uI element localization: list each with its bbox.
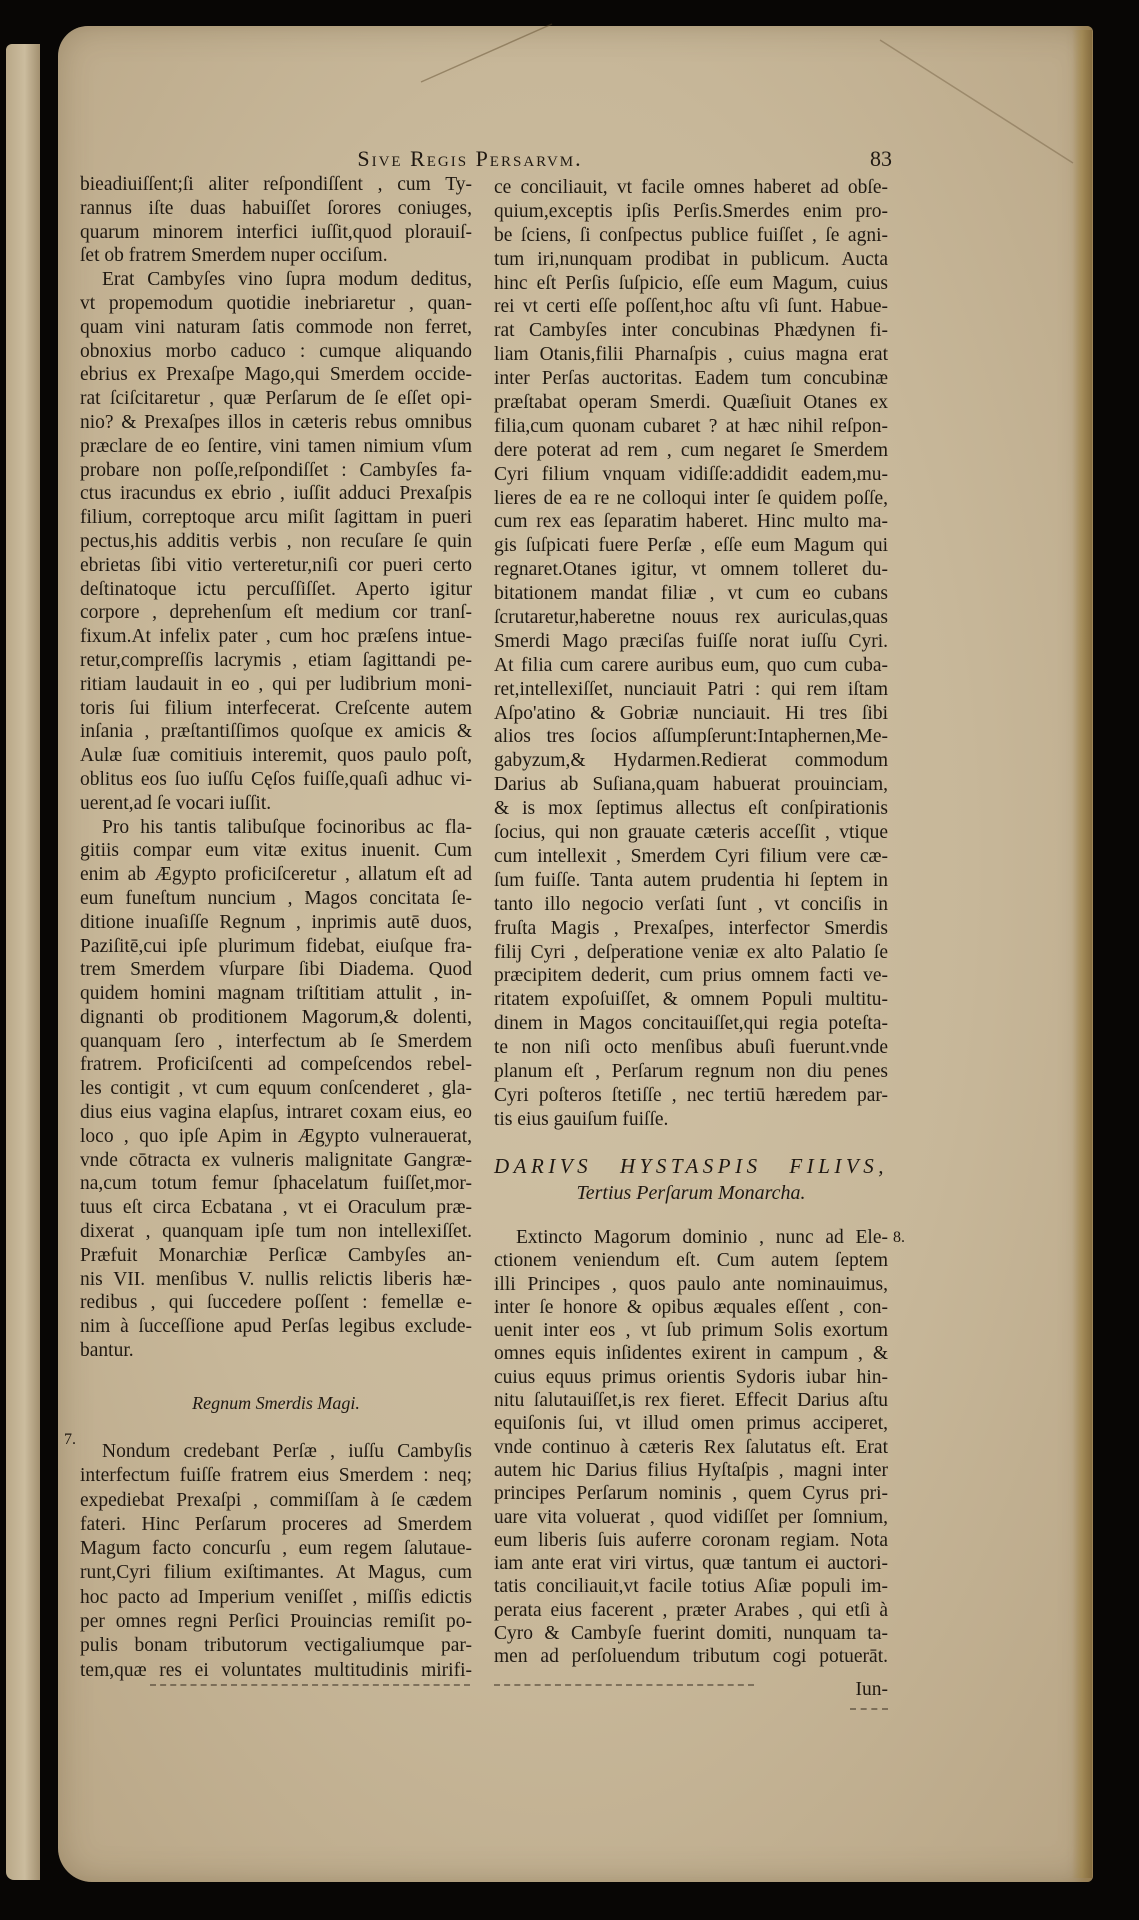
- text-line: quam vini naturam ſatis commode non ferr…: [80, 316, 472, 340]
- text-line: iam ante erat viri virtus, quæ tantum ei…: [494, 1552, 888, 1575]
- text-line: tuus eſt circa Ecbatana , vt ei Oraculum…: [80, 1196, 472, 1220]
- text-line: oblitus eos ſuo iuſſu Cęſos fuiſſe,quaſi…: [80, 768, 472, 792]
- print-rule-artifact: [494, 1684, 754, 1686]
- text-line: ſum fuiſſe. Tanta autem prudentia hi ſep…: [494, 869, 888, 893]
- text-line: bieadiuiſſent;ſi aliter reſpondiſſent , …: [80, 173, 472, 197]
- right-column-section: Extincto Magorum dominio , nunc ad Ele- …: [494, 1226, 888, 1669]
- text-line: pectus,his additis verbis , non recuſare…: [80, 530, 472, 554]
- text-line: Erat Cambyſes vino ſupra modum deditus,: [80, 268, 472, 292]
- text-line: perata eius facerent , præter Arabes , q…: [494, 1599, 888, 1622]
- text-line: te non niſi octo menſibus abuſi fuerunt.…: [494, 1036, 888, 1060]
- text-line: uenit inter eos , vt ſub primum Solis ex…: [494, 1319, 888, 1342]
- margin-note: 8.: [893, 1228, 905, 1248]
- text-line: Cyri filium vnquam vidiſſe:addidit eadem…: [494, 463, 888, 487]
- text-line: eum liberis ſuis auferre coronam regiam.…: [494, 1529, 888, 1552]
- text-line: ſcrutaretur,haberetne nouus rex auricula…: [494, 606, 888, 630]
- text-line: tem,quæ res ei voluntates multitudinis m…: [80, 1659, 472, 1683]
- text-line: fratrem. Proficiſcenti ad compeſcendos r…: [80, 1053, 472, 1077]
- text-line: equiſonis ſui, vt illud omen primus acci…: [494, 1412, 888, 1435]
- text-line: Pro his tantis talibuſque focinoribus ac…: [80, 816, 472, 840]
- text-line: inſania , præſtantiſſimos quoſque ex ami…: [80, 720, 472, 744]
- paragraph: Nondum credebant Perſæ , iuſſu Cambyſis …: [80, 1440, 472, 1683]
- text-line: Nondum credebant Perſæ , iuſſu Cambyſis: [80, 1440, 472, 1464]
- text-line: cum intellexit , Smerdem Cyri filium ver…: [494, 845, 888, 869]
- text-line: interfectum fuiſſe fratrem eius Smerdem …: [80, 1464, 472, 1488]
- margin-note: 7.: [64, 1430, 76, 1450]
- text-line: At filia cum carere auribus eum, quo cum…: [494, 654, 888, 678]
- text-line: na,cum totum femur ſphacelatum fuiſſet,m…: [80, 1172, 472, 1196]
- text-line: fruſta Magis , Prexaſpes, interfector Sm…: [494, 917, 888, 941]
- text-line: quarum minorem interfici iuſſit,quod plo…: [80, 221, 472, 245]
- paragraph: ce conciliauit, vt facile omnes haberet …: [494, 176, 888, 1132]
- text-line: redibus , qui ſuccedere poſſent : femell…: [80, 1291, 472, 1315]
- text-line: toris ſui filium interfecerat. Creſcente…: [80, 697, 472, 721]
- text-line: hoc pacto ad Imperium veniſſet , miſſis …: [80, 1586, 472, 1610]
- page-fore-edge: [1072, 30, 1092, 1878]
- text-line: cum rex eas ſeparatim haberet. Hinc mult…: [494, 510, 888, 534]
- text-line: dinem in Magos concitauiſſet,qui regia p…: [494, 1012, 888, 1036]
- left-column-section: Nondum credebant Perſæ , iuſſu Cambyſis …: [80, 1440, 472, 1683]
- text-line: nis VII. menſibus V. nullis relictis lib…: [80, 1268, 472, 1292]
- text-line: pulis bonam tributorum vectigaliumque pa…: [80, 1634, 472, 1658]
- text-line: cuius equus primus orientis Sydoris iuba…: [494, 1366, 888, 1389]
- text-line: gitiis compar eum vitæ exitus inuenit. C…: [80, 839, 472, 863]
- text-line: ebrietas ſibi vitio verteretur,niſi cor …: [80, 554, 472, 578]
- paragraph: Pro his tantis talibuſque focinoribus ac…: [80, 816, 472, 1363]
- section-heading: DARIVS HYSTASPIS FILIVS,: [494, 1153, 888, 1179]
- text-line: ctus iracundus ex ebrio , iuſſit adduci …: [80, 482, 472, 506]
- text-line: ritatem expoſuiſſet, & omnem Populi mult…: [494, 988, 888, 1012]
- text-line: men ad perſoluendum tributum cogi potuer…: [494, 1645, 888, 1668]
- section-subheading: Tertius Perſarum Monarcha.: [494, 1181, 888, 1205]
- running-head-title: Sive Regis Persarvm.: [300, 146, 640, 172]
- text-line: gis ſuſpicati fuere Perſæ , eſſe eum Mag…: [494, 534, 888, 558]
- text-line: regnaret.Otanes igitur, vt omnem tollere…: [494, 558, 888, 582]
- text-line: ctionem veniendum eſt. Cum autem ſeptem: [494, 1249, 888, 1272]
- text-line: eum funeſtum nuncium , Magos concitata ſ…: [80, 887, 472, 911]
- text-line: per omnes regni Perſici Prouincias remiſ…: [80, 1610, 472, 1634]
- text-line: lieres de ea re ne colloqui inter ſe qui…: [494, 487, 888, 511]
- left-column: bieadiuiſſent;ſi aliter reſpondiſſent , …: [80, 173, 472, 1363]
- text-line: nim à ſucceſſione apud Perſas legibus ex…: [80, 1315, 472, 1339]
- text-line: Cyro & Cambyſe fuerint domiti, nunquam t…: [494, 1622, 888, 1645]
- text-line: rat ſciſcitaretur , quæ Perſarum de ſe e…: [80, 387, 472, 411]
- text-line: expediebat Prexaſpi , commiſſam à ſe cæd…: [80, 1489, 472, 1513]
- text-line: filium, correptoque arcu miſit ſagittam …: [80, 506, 472, 530]
- text-line: principes Perſarum nominis , quem Cyrus …: [494, 1482, 888, 1505]
- text-line: nitu ſalutauiſſet,is rex fieret. Effecit…: [494, 1389, 888, 1412]
- text-line: enim ab Ægypto proficiſceretur , allatum…: [80, 863, 472, 887]
- text-line: Præfuit Monarchiæ Perſicæ Cambyſes an-: [80, 1244, 472, 1268]
- text-line: gabyzum,& Hydarmen.Redierat commodum: [494, 749, 888, 773]
- text-line: Darius ab Suſiana,quam habuerat prouinci…: [494, 773, 888, 797]
- text-line: tum iri,nunquam prodibat in publicum. Au…: [494, 248, 888, 272]
- text-line: trem Smerdem vſurpare ſibi Diadema. Quod: [80, 958, 472, 982]
- text-line: tanto illo negocio verſati ſunt , vt con…: [494, 893, 888, 917]
- text-line: dere poterat ad rem , cum negaret ſe Sme…: [494, 439, 888, 463]
- text-line: illi Principes , quos paulo ante nominau…: [494, 1273, 888, 1296]
- text-line: Aſpo'atino & Gobriæ nunciauit. Hi tres ſ…: [494, 702, 888, 726]
- text-line: autem hic Darius filius Hyſtaſpis , magn…: [494, 1459, 888, 1482]
- text-line: runt,Cyri filium exiſtimantes. At Magus,…: [80, 1561, 472, 1585]
- catchword: Iun-: [494, 1678, 888, 1702]
- text-line: Paziſitē,cui ipſe plurimum fidebat, eiuſ…: [80, 935, 472, 959]
- text-line: tis eius gauiſum fuiſſe.: [494, 1108, 888, 1132]
- text-line: ebrius ex Prexaſpe Mago,qui Smerdem occi…: [80, 363, 472, 387]
- text-line: quium,exceptis ipſis Perſis.Smerdes enim…: [494, 200, 888, 224]
- text-line: alios tres ſocios aſſumpſerunt:Intaphern…: [494, 725, 888, 749]
- text-line: corpore , deprehenſum eſt medium cor tra…: [80, 601, 472, 625]
- text-line: bitationem mandat filiæ , vt cum eo cuba…: [494, 582, 888, 606]
- text-line: Cyri poſteros ſtetiſſe , nec tertiū hære…: [494, 1084, 888, 1108]
- text-line: obnoxius morbo caduco : cumque aliquando: [80, 340, 472, 364]
- text-line: retur,compreſſis lacrymis , etiam ſagitt…: [80, 649, 472, 673]
- text-line: præſtabat operam Smerdi. Quæſiuit Otanes…: [494, 391, 888, 415]
- text-line: tatis conciliauit,vt facile totius Aſiæ …: [494, 1575, 888, 1598]
- text-line: præcipitem dederit, cum prius omnem fact…: [494, 964, 888, 988]
- section-heading: Regnum Smerdis Magi.: [80, 1391, 472, 1415]
- text-line: Smerdi Mago præciſas fuiſſe norat iuſſu …: [494, 630, 888, 654]
- text-line: ſet ob fratrem Smerdem nuper occiſum.: [80, 244, 472, 268]
- text-line: præclare de eo ſentire, vini tamen nimiu…: [80, 435, 472, 459]
- text-line: quidem homini magnam triſtitiam attulit …: [80, 982, 472, 1006]
- adjacent-page-edge: [6, 44, 40, 1880]
- text-line: nio? & Prexaſpes illos in cæteris rebus …: [80, 411, 472, 435]
- text-line: dius eius vagina elapſus, intraret coxam…: [80, 1101, 472, 1125]
- text-line: bantur.: [80, 1339, 472, 1363]
- text-line: ditione inuaſiſſe Regnum , inprimis autē…: [80, 911, 472, 935]
- text-line: loco , quo ipſe Apim in Ægypto vulneraue…: [80, 1125, 472, 1149]
- text-line: dixerat , quanquam ipſe tum non intellex…: [80, 1220, 472, 1244]
- text-line: & is mox ſeptimus allectus eſt conſpirat…: [494, 797, 888, 821]
- text-line: liam Otanis,filii Pharnaſpis , cuius mag…: [494, 343, 888, 367]
- text-line: Magum facto concurſu , eum regem ſalutau…: [80, 1537, 472, 1561]
- paragraph: Extincto Magorum dominio , nunc ad Ele- …: [494, 1226, 888, 1669]
- page-number: 83: [862, 146, 892, 172]
- text-line: vt propemodum quotidie inebriaretur , qu…: [80, 292, 472, 316]
- right-column: ce conciliauit, vt facile omnes haberet …: [494, 176, 888, 1132]
- paragraph: Erat Cambyſes vino ſupra modum deditus, …: [80, 268, 472, 815]
- text-line: be ſciens, ſi conſpectus publice fuiſſet…: [494, 224, 888, 248]
- print-rule-artifact: [850, 1708, 888, 1710]
- text-line: uare vita voluerat , quod vidiſſet per ſ…: [494, 1506, 888, 1529]
- text-line: vnde continuo à cæteris Rex ſalutatus eſ…: [494, 1436, 888, 1459]
- text-line: fixum.At infelix pater , cum hoc præſens…: [80, 625, 472, 649]
- text-line: les contigit , vt cum equum conſcenderet…: [80, 1077, 472, 1101]
- print-rule-artifact: [150, 1684, 470, 1686]
- text-line: Aulæ ſuæ comitiuis interemit, quos paulo…: [80, 744, 472, 768]
- text-line: hinc eſt Perſis ſuſpicio, eſſe eum Magum…: [494, 272, 888, 296]
- text-line: probare non poſſe,reſpondiſſet : Cambyſe…: [80, 459, 472, 483]
- text-line: inter ſe honore & opibus æquales eſſent …: [494, 1296, 888, 1319]
- text-line: Extincto Magorum dominio , nunc ad Ele-: [494, 1226, 888, 1249]
- text-line: rannus iſte duas habuiſſet ſorores coniu…: [80, 197, 472, 221]
- text-line: rat Cambyſes inter concubinas Phædynen f…: [494, 319, 888, 343]
- text-line: rei vt certi eſſe poſſent,hoc aſtu vſi ſ…: [494, 295, 888, 319]
- paragraph: bieadiuiſſent;ſi aliter reſpondiſſent , …: [80, 173, 472, 268]
- text-line: ſocius, qui non grauate cæteris acceſſit…: [494, 821, 888, 845]
- text-line: inter Perſas auctoritas. Eadem tum concu…: [494, 367, 888, 391]
- text-line: planum eſt , Perſarum regnum non diu pen…: [494, 1060, 888, 1084]
- text-line: ret,intellexiſſet, nunciauit Patri : qui…: [494, 678, 888, 702]
- text-line: uerent,ad ſe vocari iuſſit.: [80, 792, 472, 816]
- text-line: dignanti ob proditionem Magorum,& dolent…: [80, 1006, 472, 1030]
- text-line: deſtinatoque ictu percuſſiſſet. Aperto i…: [80, 578, 472, 602]
- text-line: filia,cum quonam cubaret ? at hæc nihil …: [494, 415, 888, 439]
- text-line: vnde cōtracta ex vulneris malignitate Ga…: [80, 1149, 472, 1173]
- text-line: ce conciliauit, vt facile omnes haberet …: [494, 176, 888, 200]
- text-line: filij Cyri , deſperatione veniæ ex alto …: [494, 941, 888, 965]
- text-line: omnes equis inſidentes exirent in campum…: [494, 1342, 888, 1365]
- text-line: ritiam laudauit in eo , qui per ludibriu…: [80, 673, 472, 697]
- text-line: fateri. Hinc Perſarum proceres ad Smerde…: [80, 1513, 472, 1537]
- text-line: quanquam ſero , interfectum ab ſe Smerde…: [80, 1030, 472, 1054]
